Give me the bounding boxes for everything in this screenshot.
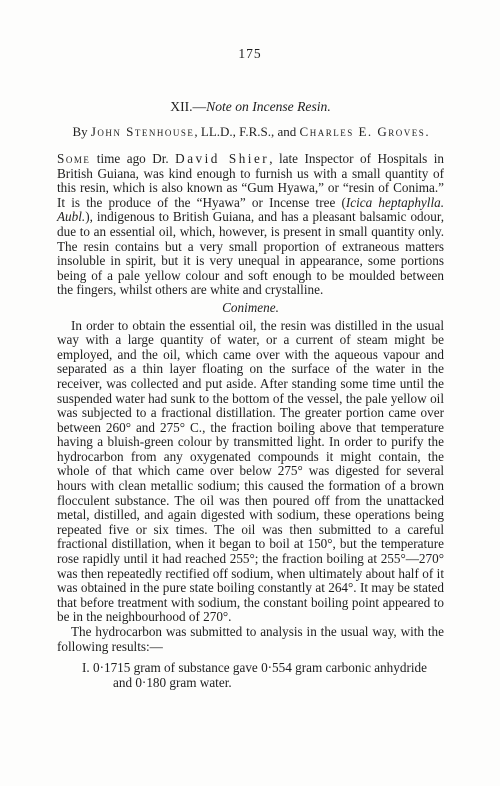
article-title-italic: Note on Incense Resin.: [206, 99, 331, 114]
text-run: The hydrocarbon was submitted to analysi…: [57, 624, 444, 654]
text-run: David Shier: [175, 151, 269, 166]
article-title: XII.—Note on Incense Resin.: [57, 99, 444, 115]
paragraph: Some time ago Dr. David Shier, late Insp…: [57, 152, 444, 298]
scanned-page: 175 XII.—Note on Incense Resin. By John …: [0, 0, 500, 786]
byline: By John Stenhouse, LL.D., F.R.S., and Ch…: [41, 124, 460, 140]
text-run: and 0·180 gram water.: [113, 675, 232, 690]
text-run: Charles E. Groves: [300, 124, 426, 139]
text-run: Conimene.: [222, 300, 279, 315]
result-item: I. 0·1715 gram of substance gave 0·554 g…: [82, 661, 444, 690]
text-run: In order to obtain the essential oil, th…: [57, 318, 444, 625]
text-run: .: [425, 124, 428, 139]
text-run: Some: [57, 151, 90, 166]
page-number: 175: [0, 0, 500, 62]
article-body: Some time ago Dr. David Shier, late Insp…: [57, 152, 444, 690]
article-number: XII.—: [170, 99, 206, 114]
paragraph: In order to obtain the essential oil, th…: [57, 319, 444, 625]
section-heading: Conimene.: [57, 301, 444, 316]
text-run: I. 0·1715 gram of substance gave 0·554 g…: [82, 660, 427, 675]
paragraph: The hydrocarbon was submitted to analysi…: [57, 625, 444, 654]
text-run: John Stenhouse: [91, 124, 195, 139]
text-run: time ago Dr.: [90, 151, 175, 166]
text-run: , LL.D., F.R.S., and: [194, 124, 299, 139]
text-run: ), indigenous to British Guiana, and has…: [57, 209, 444, 297]
text-run: By: [72, 124, 90, 139]
